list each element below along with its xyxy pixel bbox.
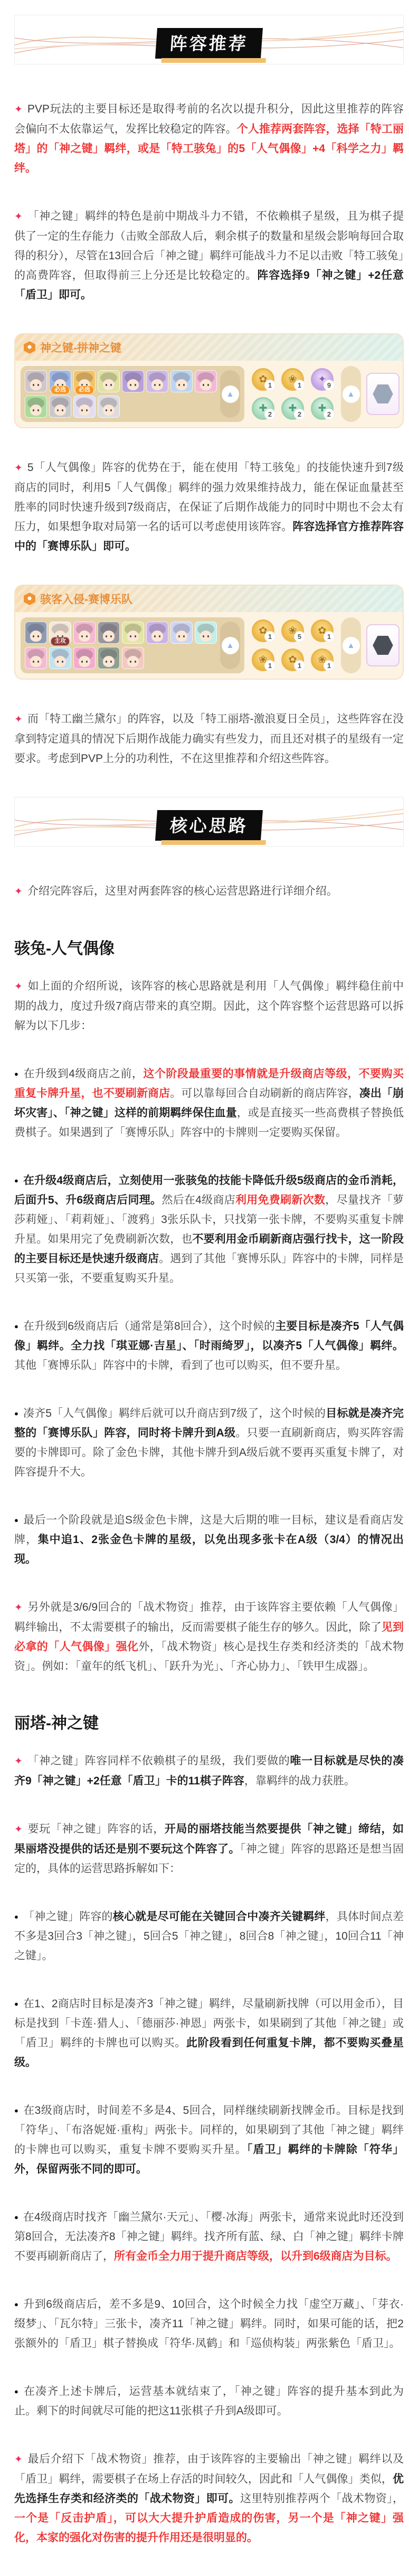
synergy-coin: ❀5 — [281, 619, 304, 642]
bullet-key-step-1: ●「神之键」阵容的核心就是尽可能在关键回合中凑齐关键羁绊，具体时间点差不多是3回… — [14, 1907, 404, 1966]
text-segment: 凑齐5「人气偶像」羁绊后就可以升商店到7级了，这个时候的 — [23, 1407, 326, 1419]
character-avatar[interactable] — [122, 370, 144, 392]
text-segment: 而「特工幽兰黛尔」的阵容，以及「特工丽塔-激浪夏日全员」，这些阵容在没拿到特定道… — [14, 713, 404, 765]
character-avatar[interactable] — [49, 647, 71, 669]
dot-bullet-icon: ● — [14, 2107, 18, 2114]
dot-bullet-icon: ● — [14, 1322, 18, 1330]
synergy-coin: ✚2 — [281, 397, 304, 420]
bullet-key-step-4: ●在4级商店时找齐「幽兰黛尔·天元」、「樱·冰海」两张卡，通常来说此时还没到第8… — [14, 2207, 404, 2266]
faction-hexagon-icon — [24, 341, 35, 354]
avatar-face — [30, 656, 42, 667]
bullet-step-1: ●在升级到4级商店之前，这个阶段最重要的事情就是升级商店等级，不要购买重复卡牌升… — [14, 1064, 404, 1142]
section-banner-core: 核心思路 — [14, 797, 404, 847]
avatar-face — [79, 656, 90, 667]
character-avatar[interactable] — [98, 370, 120, 392]
team-panel-cyber-band: 骇客入侵-赛博乐队 主攻 ▲ ✿1❀5✿1❀1✿1❀1 ▲ — [14, 585, 404, 680]
bullet-step-5: ●最后一个阶段就是追S级金色卡牌，这是大后期的唯一目标，建议是看商店发牌，集中追… — [14, 1510, 404, 1569]
dot-bullet-icon: ● — [14, 2000, 18, 2008]
avatar-row — [25, 647, 217, 669]
avatar-face — [103, 405, 115, 416]
banner-title-box: 阵容推荐 — [155, 28, 263, 59]
text-segment: 所有金币全力用于提升商店等级，以升到6级商店为目标。 — [114, 2250, 397, 2262]
synergy-coin: ✿1 — [252, 619, 274, 642]
paragraph-idol-tactical-supplies: ✦另外就是3/6/9回合的「战术物资」推荐，由于该阵容主要依赖「人气偶像」羁绊输… — [14, 1597, 404, 1676]
avatar-face — [127, 656, 139, 667]
bullet-key-step-5: ●升到6级商店后，差不多是9、10回合，这个时候全力找「虚空万藏」、「芽衣·缀梦… — [14, 2295, 404, 2353]
character-avatar[interactable] — [122, 622, 144, 644]
character-avatar[interactable] — [146, 370, 168, 392]
coin-count: 1 — [324, 660, 335, 671]
avatar-face — [79, 405, 90, 416]
avatar-row — [25, 396, 217, 418]
bullet-key-step-3: ●在3级商店时，时间差不多是4、5回合，同样继续刷新找牌金币。目标是找到「符华」… — [14, 2101, 404, 2179]
coin-count: 1 — [264, 660, 275, 671]
item-card — [366, 373, 400, 415]
character-avatar[interactable] — [98, 622, 120, 644]
item-icon — [373, 383, 394, 405]
text-segment: 「神之键」阵容同样不依赖棋子的星级，我们要做的 — [27, 1755, 290, 1767]
coin-row: ✿1❀5✿1 — [252, 619, 334, 642]
bullet-step-4: ●凑齐5「人气偶像」羁绊后就可以升商店到7级了，这个时候的目标就是凑齐完整的「赛… — [14, 1404, 404, 1482]
character-avatar[interactable] — [170, 622, 193, 644]
avatar-face — [151, 631, 163, 642]
bullet-step-3: ●在升级到6级商店后（通常是第8回合），这个时候的主要目标是凑齐5「人气偶像」羁… — [14, 1317, 404, 1375]
dot-bullet-icon: ● — [14, 1070, 18, 1078]
synergy-coin: ✚2 — [311, 397, 334, 420]
panel-body: 主攻 ▲ ✿1❀5✿1❀1✿1❀1 ▲ — [15, 612, 403, 679]
banner-title-box: 核心思路 — [155, 810, 263, 841]
coin-row: ✿1❀1✦9 — [252, 368, 334, 391]
text-segment: 其他「赛博乐队」阵容中的卡牌，看到了也可以购买，但不要升星。 — [14, 1359, 347, 1371]
coin-count: 2 — [324, 409, 335, 420]
paragraph-core-intro: ✦介绍完阵容后，这里对两套阵容的核心运营思路进行详细介绍。 — [14, 881, 404, 901]
text-segment: 升到6级商店后，差不多是9、10回合，这个时候全力找「虚空万藏」、「芽衣·缀梦」… — [14, 2298, 404, 2349]
banner-title-text: 核心思路 — [169, 816, 249, 835]
bullet-step-2: ●在升级4级商店后，立刻使用一张骇兔的技能卡降低升级5级商店的金币消耗，后面升5… — [14, 1171, 404, 1288]
avatar-face — [200, 631, 212, 642]
paragraph-pvp-intro: ✦PVP玩法的主要目标还是取得考前的名次以提升积分，因此这里推荐的阵容会偏向不太… — [14, 99, 404, 178]
character-avatar[interactable]: 必选 — [73, 370, 96, 392]
synergy-coin: ✿1 — [281, 648, 304, 671]
panel-title: 骇客入侵-赛博乐队 — [40, 591, 132, 607]
triangle-up-icon: ▲ — [347, 390, 355, 398]
must-pick-badge: 必选 — [51, 386, 70, 394]
synergy-coins: ✿1❀5✿1❀1✿1❀1 — [250, 617, 336, 673]
main-attacker-badge: 主攻 — [51, 637, 70, 646]
paragraph-key-core-goal: ✦「神之键」阵容同样不依赖棋子的星级，我们要做的唯一目标就是尽快的凑齐9「神之键… — [14, 1751, 404, 1791]
text-segment: 在升级到6级商店后（通常是第8回合），这个时候的 — [23, 1320, 275, 1332]
item-card — [366, 624, 400, 666]
text-segment: 然后在4级商店 — [161, 1194, 235, 1206]
avatar-face — [176, 379, 187, 390]
dot-bullet-icon: ● — [14, 1409, 18, 1417]
avatar-grid: 主攻 — [25, 622, 217, 669]
coin-row: ✚2✚2✚2 — [252, 397, 334, 420]
character-avatar[interactable] — [98, 396, 120, 418]
avatar-face — [103, 656, 115, 667]
diamond-bullet-icon: ✦ — [14, 2454, 23, 2465]
roster-area: 必选必选 ▲ — [21, 366, 244, 422]
diamond-bullet-icon: ✦ — [14, 714, 23, 725]
bullet-key-step-2: ●在1、2商店时目标是凑齐3「神之键」羁绊，尽量刷新找牌（可以用金币），目标是找… — [14, 1994, 404, 2072]
paragraph-key-tactical-supplies: ✦最后介绍下「战术物资」推荐，由于该阵容的主要输出「神之键」羁绊以及「盾卫」羁绊… — [14, 2449, 404, 2547]
synergy-coin: ✦9 — [311, 368, 334, 391]
diamond-bullet-icon: ✦ — [14, 1602, 23, 1613]
character-avatar[interactable] — [25, 622, 47, 644]
avatar-face — [79, 631, 90, 642]
text-segment: 集中追1、2张金色卡牌的星级，以免出现多张卡在A级（3/4）的情况出现。 — [14, 1534, 404, 1565]
team-panel-key-of-god: 神之键-拼神之键 必选必选 ▲ ✿1❀1✦9✚2✚2✚2 ▲ — [14, 333, 404, 428]
panel-title: 神之键-拼神之键 — [40, 340, 121, 355]
avatar-face — [30, 379, 42, 390]
character-avatar[interactable] — [146, 622, 168, 644]
diamond-bullet-icon: ✦ — [14, 104, 23, 115]
banner-title-text: 阵容推荐 — [169, 34, 249, 53]
paragraph-idol-core: ✦如上面的介绍所说，该阵容的核心思路就是利用「人气偶像」羁绊稳住前中期的战力，度… — [14, 976, 404, 1036]
character-avatar[interactable] — [170, 370, 193, 392]
item-cards — [366, 366, 403, 422]
avatar-face — [151, 379, 163, 390]
expand-button[interactable]: ▲ — [222, 637, 239, 654]
diamond-bullet-icon: ✦ — [14, 1756, 23, 1767]
avatar-face — [54, 656, 66, 667]
diamond-bullet-icon: ✦ — [14, 886, 23, 897]
coin-count: 2 — [264, 409, 275, 420]
character-avatar[interactable]: 主攻 — [49, 622, 71, 644]
avatar-face — [200, 379, 212, 390]
avatar-face — [54, 405, 66, 416]
expand-button[interactable]: ▲ — [343, 386, 360, 403]
coin-count: 5 — [294, 631, 305, 642]
avatar-row: 主攻 — [25, 622, 217, 644]
avatar-face — [103, 631, 115, 642]
text-segment: 利用免费刷新次数 — [235, 1194, 325, 1206]
coin-row: ❀1✿1❀1 — [252, 648, 334, 671]
must-pick-badge: 必选 — [75, 386, 94, 394]
expand-button[interactable]: ▲ — [343, 637, 360, 654]
diamond-bullet-icon: ✦ — [14, 981, 23, 992]
diamond-bullet-icon: ✦ — [14, 1824, 23, 1835]
character-avatar[interactable] — [73, 622, 96, 644]
coin-count: 1 — [294, 660, 305, 671]
coin-count: 1 — [264, 380, 275, 391]
character-avatar[interactable] — [98, 647, 120, 669]
character-avatar[interactable] — [73, 647, 96, 669]
text-segment: 一个是「反击护盾」，可以大大提升护盾造成的伤害，另一个是「神之键」强化，本家的强… — [14, 2512, 404, 2544]
avatar-face — [103, 379, 115, 390]
text-segment: 另外就是3/6/9回合的「战术物资」推荐，由于该阵容主要依赖「人气偶像」羁绊输出… — [14, 1601, 404, 1633]
coin-count: 1 — [324, 631, 335, 642]
text-segment: 在凑齐上述卡牌后，运营基本就结束了，「神之键」阵容的提升基本到此为止。剩下的时间… — [14, 2385, 404, 2417]
item-icon — [373, 635, 394, 656]
character-avatar[interactable] — [195, 370, 217, 392]
avatar-row: 必选必选 — [25, 370, 217, 392]
subsection-heading-rita-key: 丽塔-神之键 — [14, 1705, 404, 1733]
roster-scroll-pill: ▲ — [220, 370, 240, 418]
text-segment: 在升级到4级商店之前， — [23, 1068, 143, 1080]
text-segment: ，靠羁绊的战力获胜。 — [244, 1775, 355, 1787]
subsection-heading-rabbit-idol: 骇兔-人气偶像 — [14, 930, 404, 958]
character-avatar[interactable] — [25, 647, 47, 669]
roster-area: 主攻 ▲ — [21, 617, 244, 673]
coin-count: 2 — [294, 409, 305, 420]
diamond-bullet-icon: ✦ — [14, 463, 23, 474]
triangle-up-icon: ▲ — [347, 642, 355, 650]
expand-button[interactable]: ▲ — [222, 386, 239, 403]
character-avatar[interactable]: 必选 — [49, 370, 71, 392]
item-cards — [366, 617, 403, 673]
synergy-coins: ✿1❀1✦9✚2✚2✚2 — [250, 366, 336, 422]
dot-bullet-icon: ● — [14, 2213, 18, 2221]
text-segment: 这里特别推荐两个「战术物资」， — [240, 2493, 404, 2505]
dot-bullet-icon: ● — [14, 1177, 18, 1184]
text-segment: 如上面的介绍所说，该阵容的核心思路就是利用「人气偶像」羁绊稳住前中期的战力，度过… — [14, 980, 404, 1032]
avatar-face — [30, 405, 42, 416]
synergy-coin: ✚2 — [252, 397, 274, 420]
panel-header: 神之键-拼神之键 — [15, 334, 403, 361]
dot-bullet-icon: ● — [14, 1913, 18, 1921]
synergy-coin: ❀1 — [252, 648, 274, 671]
faction-hexagon-icon — [24, 593, 35, 605]
coin-count: 1 — [294, 380, 305, 391]
text-segment: 「神之键」阵容的 — [23, 1911, 113, 1923]
avatar-grid: 必选必选 — [25, 370, 217, 418]
section-banner-lineup: 阵容推荐 — [14, 15, 404, 64]
bullet-key-step-6: ●在凑齐上述卡牌后，运营基本就结束了，「神之键」阵容的提升基本到此为止。剩下的时… — [14, 2382, 404, 2421]
character-avatar[interactable] — [73, 396, 96, 418]
text-segment: 要玩「神之键」阵容的话， — [27, 1823, 165, 1835]
character-avatar[interactable] — [25, 370, 47, 392]
triangle-up-icon: ▲ — [226, 390, 234, 398]
text-segment: 核心就是尽可能在关键回合中凑齐关键羁绊 — [113, 1911, 326, 1923]
coin-count: 1 — [264, 631, 275, 642]
avatar-face — [176, 631, 187, 642]
avatar-face — [127, 379, 139, 390]
panel-body: 必选必选 ▲ ✿1❀1✦9✚2✚2✚2 ▲ — [15, 361, 403, 427]
paragraph-key-opening: ✦要玩「神之键」阵容的话，开局的丽塔技能当然要提供「神之键」缔结，如果丽塔没提供… — [14, 1819, 404, 1878]
dot-bullet-icon: ● — [14, 2300, 18, 2308]
text-segment: 介绍完阵容后，这里对两套阵容的核心运营思路进行详细介绍。 — [27, 885, 338, 897]
dot-bullet-icon: ● — [14, 1516, 18, 1524]
synergy-coin: ❀1 — [281, 368, 304, 391]
diamond-bullet-icon: ✦ — [14, 211, 23, 222]
synergy-coin: ✿1 — [252, 368, 274, 391]
synergy-coin: ✿1 — [311, 619, 334, 642]
synergy-coin: ❀1 — [311, 648, 334, 671]
coin-count: 9 — [324, 380, 335, 391]
panel-header: 骇客入侵-赛博乐队 — [15, 586, 403, 612]
character-avatar[interactable] — [122, 647, 144, 669]
coins-scroll-pill: ▲ — [341, 617, 361, 673]
text-segment: 最后介绍下「战术物资」推荐，由于该阵容的主要输出「神之键」羁绊以及「盾卫」羁绊，… — [14, 2453, 404, 2485]
avatar-face — [127, 631, 139, 642]
character-avatar[interactable] — [25, 396, 47, 418]
paragraph-other-lineups: ✦而「特工幽兰黛尔」的阵容，以及「特工丽塔-激浪夏日全员」，这些阵容在没拿到特定… — [14, 709, 404, 768]
guide-page: 阵容推荐 ✦PVP玩法的主要目标还是取得考前的名次以提升积分，因此这里推荐的阵容… — [0, 0, 409, 2547]
paragraph-idol-intro: ✦5「人气偶像」阵容的优势在于，能在使用「特工骇兔」的技能快速升到7级商店的同时… — [14, 458, 404, 556]
avatar-face — [30, 631, 42, 642]
character-avatar[interactable] — [49, 396, 71, 418]
text-segment: 。可以靠每回合自动刷新的商店阵容， — [170, 1087, 359, 1099]
coins-scroll-pill: ▲ — [341, 366, 361, 422]
dot-bullet-icon: ● — [14, 2387, 19, 2395]
triangle-up-icon: ▲ — [226, 642, 234, 650]
paragraph-key-of-god-intro: ✦「神之键」羁绊的特色是前中期战斗力不错，不依赖棋子星级，且为棋子提供了一定的生… — [14, 206, 404, 305]
character-avatar[interactable] — [195, 622, 217, 644]
roster-scroll-pill: ▲ — [220, 622, 240, 669]
